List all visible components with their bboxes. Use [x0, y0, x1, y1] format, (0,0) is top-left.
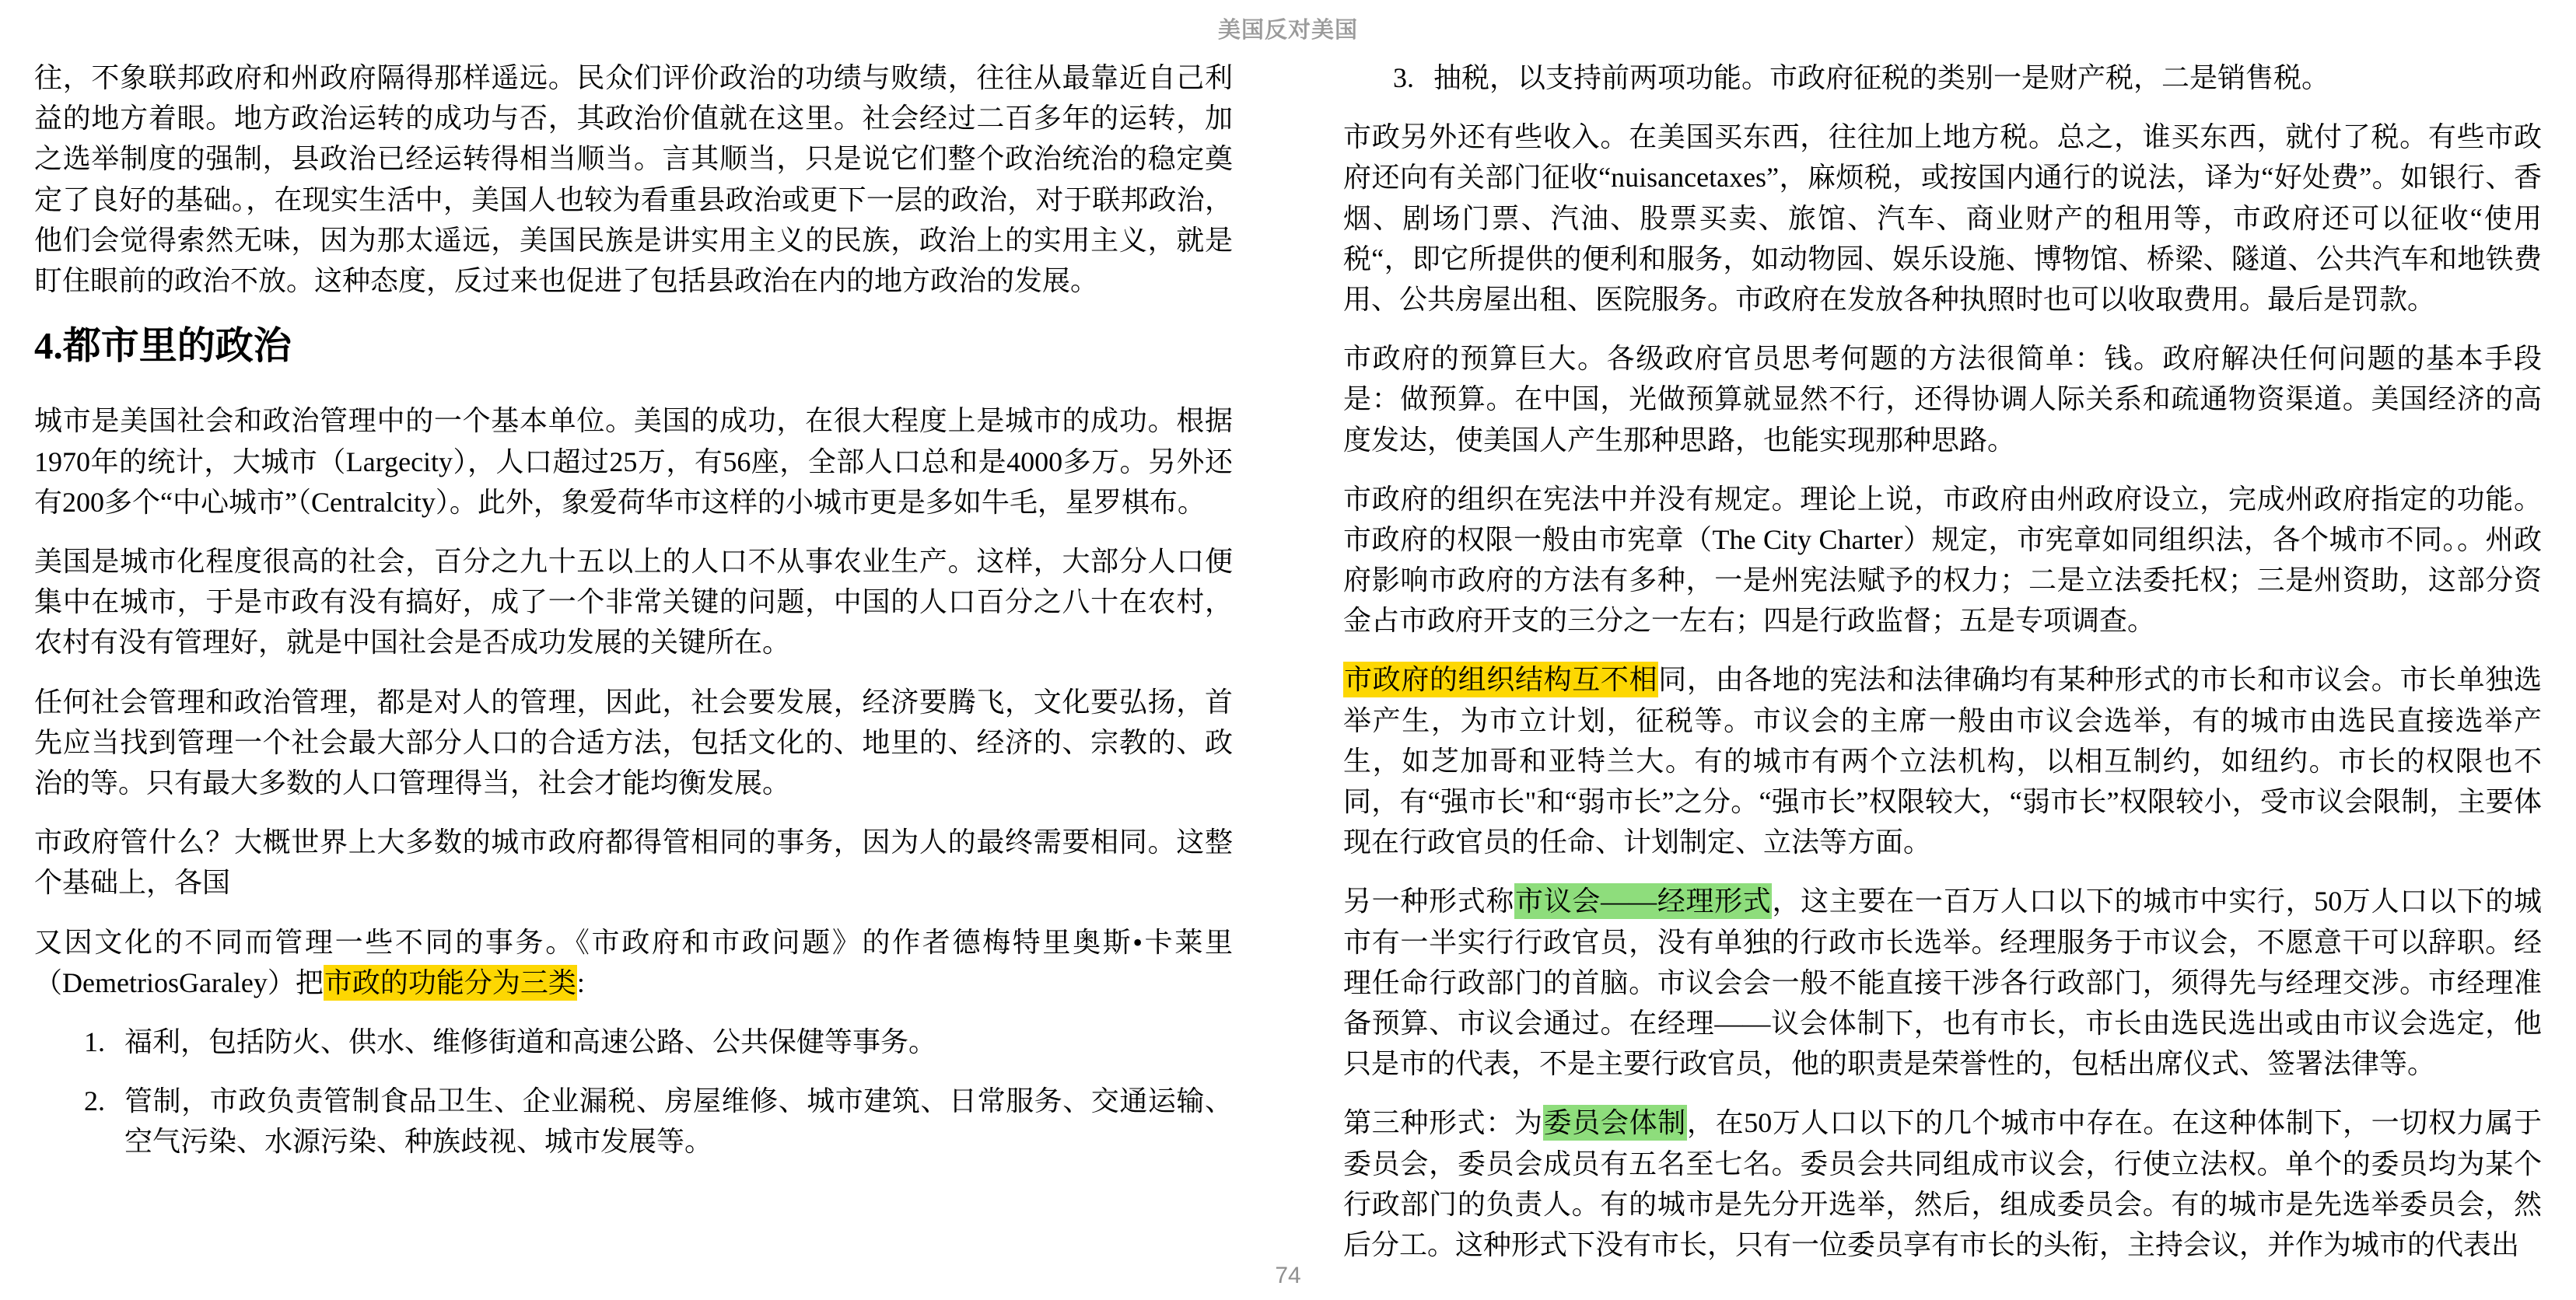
paragraph: 市政府管什么？大概世界上大多数的城市政府都得管相同的事务，因为人的最终需要相同。…: [34, 822, 1233, 903]
text-run: 市政府管什么？大概世界上大多数的城市政府都得管相同的事务，因为人的最终需要相同。…: [34, 826, 1233, 898]
paragraph: 市政另外还有些收入。在美国买东西，往往加上地方税。总之，谁买东西，就付了税。有些…: [1343, 117, 2542, 320]
paragraph: 第三种形式：为委员会体制，在50万人口以下的几个城市中存在。在这种体制下，一切权…: [1343, 1103, 2542, 1265]
text-run: 第三种形式：为: [1343, 1107, 1543, 1138]
paragraph: 又因文化的不同而管理一些不同的事务。《市政府和市政问题》的作者德梅特里奥斯•卡莱…: [34, 922, 1233, 1003]
highlighted-text-yellow: 市政府的组织结构互不相: [1343, 662, 1658, 697]
paragraph: 任何社会管理和政治管理，都是对人的管理，因此，社会要发展，经济要腾飞，文化要弘扬…: [34, 682, 1233, 804]
highlighted-text-green: 市议会——经理形式: [1514, 883, 1772, 919]
text-run: 4.都市里的政治: [34, 324, 292, 367]
highlighted-text-green: 委员会体制: [1543, 1105, 1687, 1141]
text-run: 市政府的预算巨大。各级政府官员思考何题的方法很简单：钱。政府解决任何问题的基本手…: [1343, 343, 2542, 455]
right-column: 3.抽税，以支持前两项功能。市政府征税的类别一是财产税，二是销售税。市政另外还有…: [1343, 58, 2542, 1284]
list-item: 1.福利，包括防火、供水、维修街道和高速公路、公共保健等事务。: [34, 1022, 1233, 1062]
paragraph: 市政府的组织结构互不相同，由各地的宪法和法律确均有某种形式的市长和市议会。市长单…: [1343, 659, 2542, 862]
document-page: 美国反对美国 往，不象联邦政府和州政府隔得那样遥远。民众们评价政治的功绩与败绩，…: [0, 0, 2576, 1300]
list-item: 3.抽税，以支持前两项功能。市政府征税的类别一是财产税，二是销售税。: [1343, 58, 2542, 98]
list-marker: 1.: [84, 1022, 105, 1062]
left-column: 往，不象联邦政府和州政府隔得那样遥远。民众们评价政治的功绩与败绩，往往从最靠近自…: [34, 58, 1233, 1284]
paragraph: 城市是美国社会和政治管理中的一个基本单位。美国的成功，在很大程度上是城市的成功。…: [34, 400, 1233, 522]
text-run: 往，不象联邦政府和州政府隔得那样遥远。民众们评价政治的功绩与败绩，往往从最靠近自…: [34, 62, 1233, 296]
paragraph: 另一种形式称市议会——经理形式，这主要在一百万人口以下的城市中实行，50万人口以…: [1343, 881, 2542, 1084]
text-run: 管制，市政负责管制食品卫生、企业漏税、房屋维修、城市建筑、日常服务、交通运输、空…: [124, 1085, 1233, 1157]
section-heading: 4.都市里的政治: [34, 324, 1233, 368]
text-run: 另一种形式称: [1343, 886, 1514, 917]
document-header-title: 美国反对美国: [0, 12, 2576, 44]
list-item: 2.管制，市政负责管制食品卫生、企业漏税、房屋维修、城市建筑、日常服务、交通运输…: [34, 1081, 1233, 1162]
text-run: 抽税，以支持前两项功能。市政府征税的类别一是财产税，二是销售税。: [1433, 62, 2329, 93]
paragraph: 往，不象联邦政府和州政府隔得那样遥远。民众们评价政治的功绩与败绩，往往从最靠近自…: [34, 58, 1233, 301]
text-run: 任何社会管理和政治管理，都是对人的管理，因此，社会要发展，经济要腾飞，文化要弘扬…: [34, 687, 1233, 799]
paragraph: 市政府的组织在宪法中并没有规定。理论上说，市政府由州政府设立，完成州政府指定的功…: [1343, 479, 2542, 641]
list-marker: 3.: [1393, 58, 1414, 98]
text-run: 福利，包括防火、供水、维修街道和高速公路、公共保健等事务。: [124, 1026, 936, 1057]
text-run: 美国是城市化程度很高的社会，百分之九十五以上的人口不从事农业生产。这样，大部分人…: [34, 546, 1233, 658]
paragraph: 市政府的预算巨大。各级政府官员思考何题的方法很简单：钱。政府解决任何问题的基本手…: [1343, 338, 2542, 460]
list-marker: 2.: [84, 1081, 105, 1121]
text-run: 又因文化的不同而管理一些不同的事务。《市政府和市政问题》的作者德梅特里奥斯•卡莱…: [34, 927, 1233, 998]
paragraph: 美国是城市化程度很高的社会，百分之九十五以上的人口不从事农业生产。这样，大部分人…: [34, 541, 1233, 663]
highlighted-text-yellow: 市政的功能分为三类: [324, 965, 577, 1001]
two-column-layout: 往，不象联邦政府和州政府隔得那样遥远。民众们评价政治的功绩与败绩，往往从最靠近自…: [34, 58, 2542, 1284]
text-run: 市政另外还有些收入。在美国买东西，往往加上地方税。总之，谁买东西，就付了税。有些…: [1343, 121, 2542, 315]
text-run: 城市是美国社会和政治管理中的一个基本单位。美国的成功，在很大程度上是城市的成功。…: [34, 405, 1233, 517]
text-run: 市政府的组织在宪法中并没有规定。理论上说，市政府由州政府设立，完成州政府指定的功…: [1343, 484, 2542, 637]
text-run: :: [577, 967, 585, 998]
page-number: 74: [0, 1263, 2576, 1289]
